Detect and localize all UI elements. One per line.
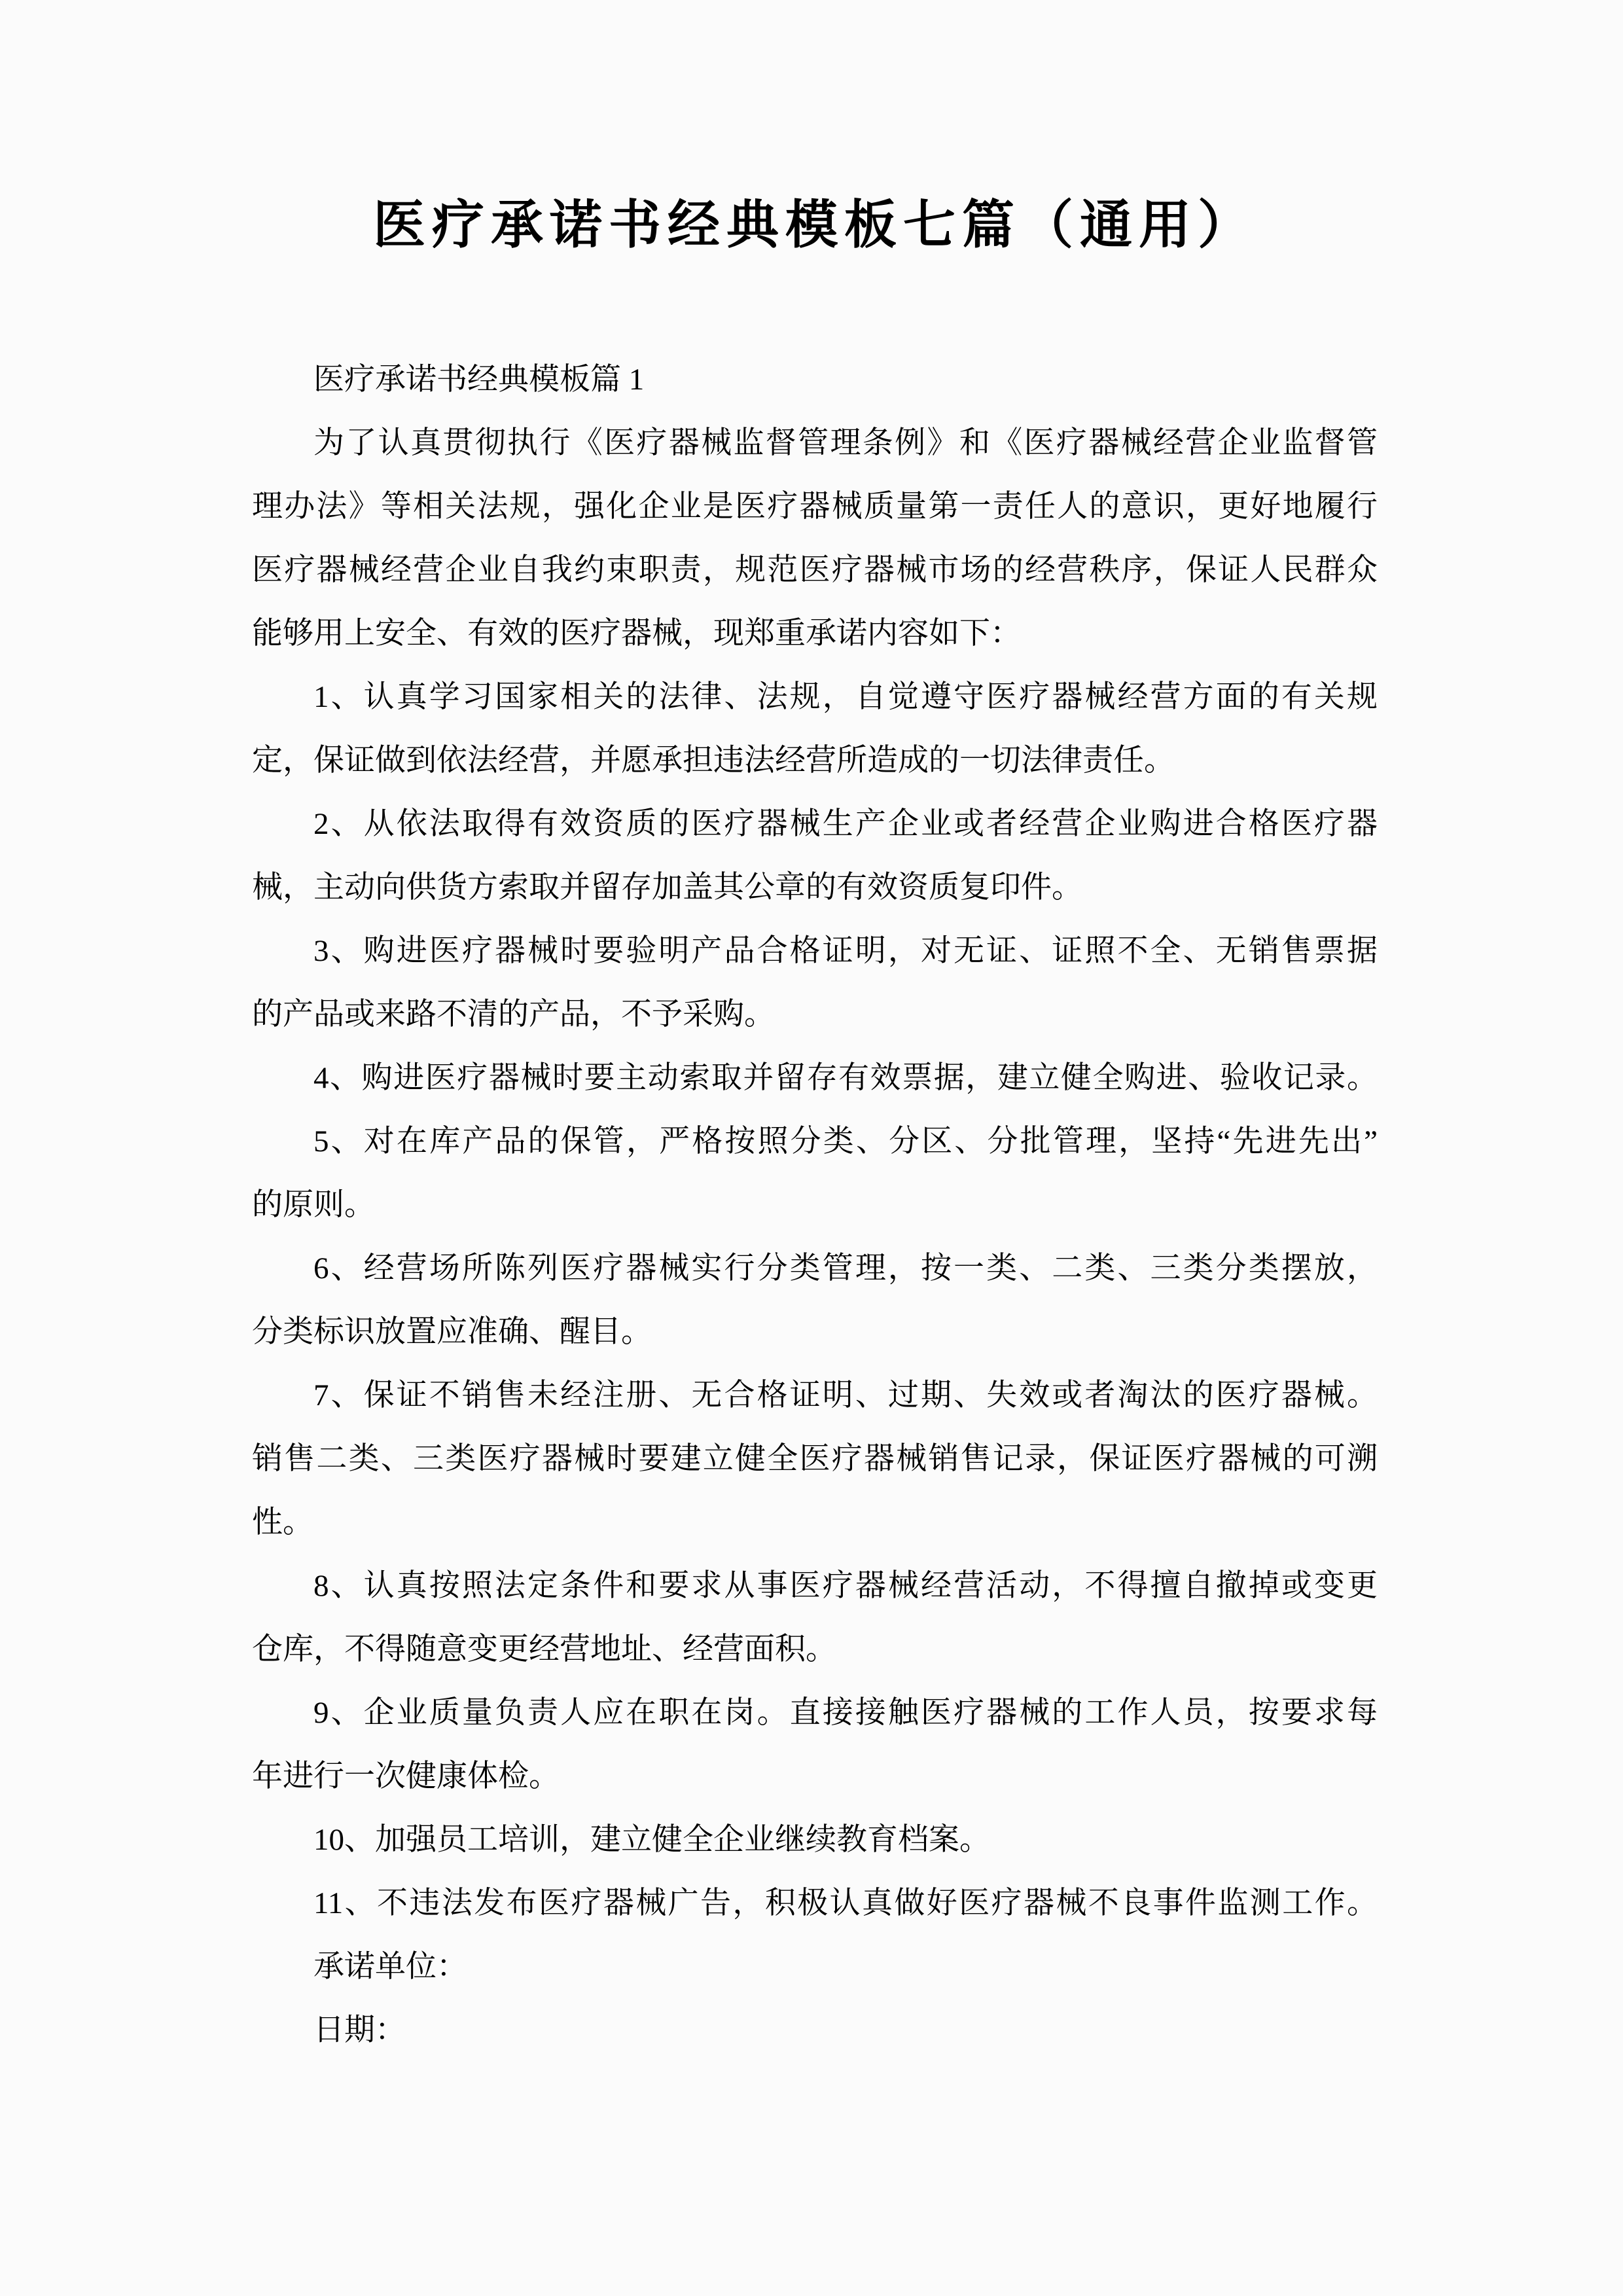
text-line: 6、经营场所陈列医疗器械实行分类管理，按一类、二类、三类分类摆放， (252, 1237, 1378, 1300)
text-line: 定，保证做到依法经营，并愿承担违法经营所造成的一切法律责任。 (252, 729, 1378, 793)
text-line: 的原则。 (252, 1174, 1378, 1237)
text-line: 5、对在库产品的保管，严格按照分类、分区、分批管理，坚持“先进先出” (252, 1110, 1378, 1174)
text-line: 日期： (252, 1999, 1378, 2062)
text-line: 4、购进医疗器械时要主动索取并留存有效票据，建立健全购进、验收记录。 (252, 1047, 1378, 1110)
text-line: 的产品或来路不清的产品，不予采购。 (252, 983, 1378, 1047)
document-title: 医疗承诺书经典模板七篇（通用） (252, 187, 1378, 265)
text-line: 10、加强员工培训，建立健全企业继续教育档案。 (252, 1808, 1378, 1872)
text-line: 仓库，不得随意变更经营地址、经营面积。 (252, 1618, 1378, 1681)
text-line: 9、企业质量负责人应在职在岗。直接接触医疗器械的工作人员，按要求每 (252, 1681, 1378, 1745)
text-line: 械，主动向供货方索取并留存加盖其公章的有效资质复印件。 (252, 856, 1378, 920)
page: { "page": { "background_color": "#fbfbfb… (0, 0, 1623, 2296)
text-line: 11、不违法发布医疗器械广告，积极认真做好医疗器械不良事件监测工作。 (252, 1872, 1378, 1935)
text-line: 能够用上安全、有效的医疗器械，现郑重承诺内容如下： (252, 602, 1378, 666)
text-line: 性。 (252, 1491, 1378, 1554)
text-line: 医疗器械经营企业自我约束职责，规范医疗器械市场的经营秩序，保证人民群众 (252, 539, 1378, 602)
text-line: 7、保证不销售未经注册、无合格证明、过期、失效或者淘汰的医疗器械。 (252, 1364, 1378, 1427)
text-line: 为了认真贯彻执行《医疗器械监督管理条例》和《医疗器械经营企业监督管 (252, 412, 1378, 475)
text-line: 销售二类、三类医疗器械时要建立健全医疗器械销售记录，保证医疗器械的可溯 (252, 1427, 1378, 1491)
document-page: 医疗承诺书经典模板七篇（通用） 医疗承诺书经典模板篇 1为了认真贯彻执行《医疗器… (0, 0, 1623, 2296)
text-line: 医疗承诺书经典模板篇 1 (252, 348, 1378, 412)
text-line: 8、认真按照法定条件和要求从事医疗器械经营活动，不得擅自撤掉或变更 (252, 1554, 1378, 1618)
document-body: 医疗承诺书经典模板篇 1为了认真贯彻执行《医疗器械监督管理条例》和《医疗器械经营… (252, 348, 1378, 2062)
text-line: 1、认真学习国家相关的法律、法规，自觉遵守医疗器械经营方面的有关规 (252, 666, 1378, 729)
text-line: 3、购进医疗器械时要验明产品合格证明，对无证、证照不全、无销售票据 (252, 920, 1378, 983)
text-line: 年进行一次健康体检。 (252, 1745, 1378, 1808)
text-line: 理办法》等相关法规，强化企业是医疗器械质量第一责任人的意识，更好地履行 (252, 475, 1378, 539)
text-line: 承诺单位： (252, 1935, 1378, 1999)
text-line: 分类标识放置应准确、醒目。 (252, 1300, 1378, 1364)
text-line: 2、从依法取得有效资质的医疗器械生产企业或者经营企业购进合格医疗器 (252, 793, 1378, 856)
